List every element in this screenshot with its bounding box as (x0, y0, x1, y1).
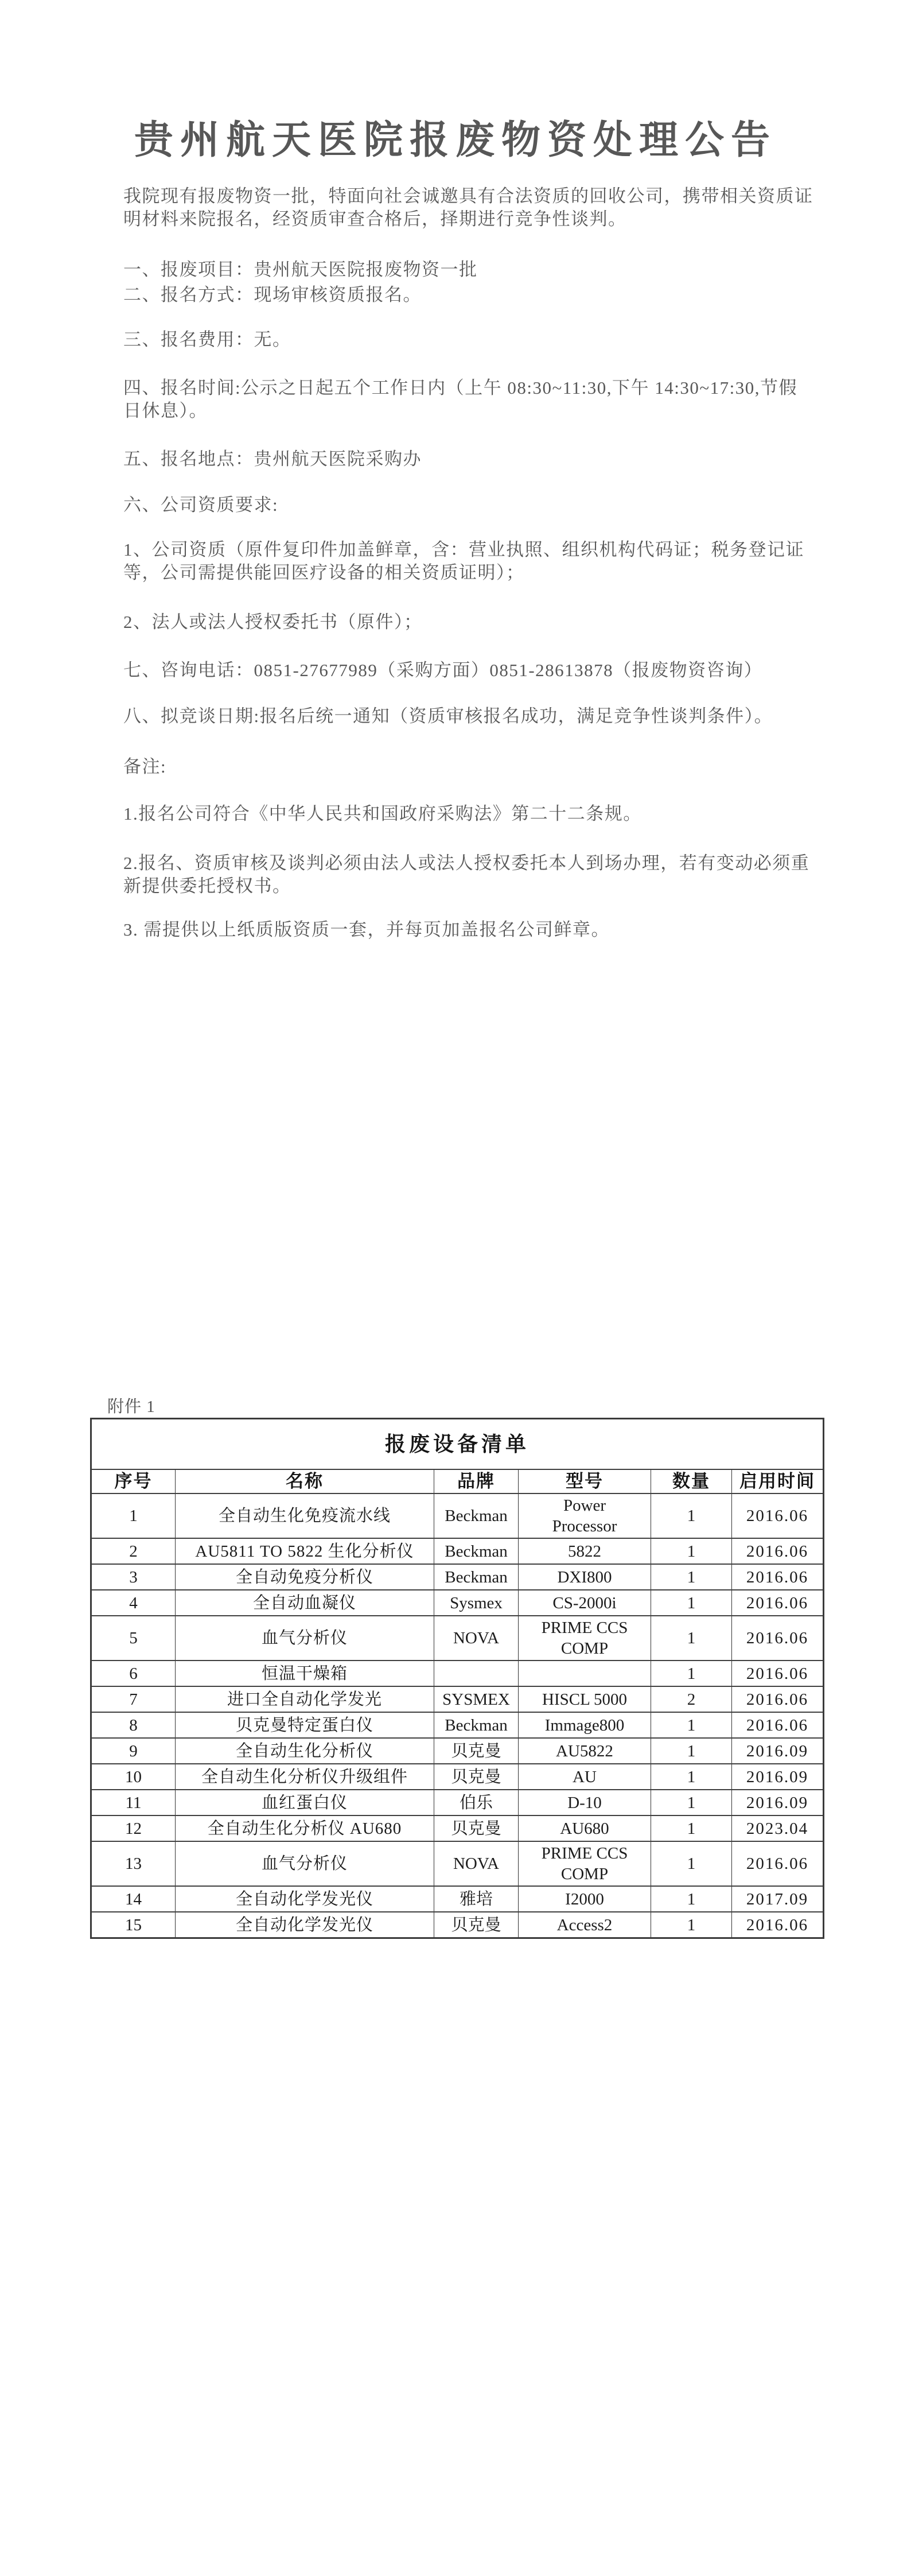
cell-brand: 贝克曼 (434, 1738, 519, 1764)
page-title: 贵州航天医院报废物资处理公告 (0, 0, 911, 163)
cell-no: 6 (91, 1661, 176, 1686)
item-8: 八、拟竞谈日期:报名后统一通知（资质审核报名成功，满足竞争性谈判条件）。 (123, 704, 813, 729)
table-title: 报废设备清单 (91, 1419, 824, 1470)
cell-brand (434, 1661, 519, 1686)
cell-name: AU5811 TO 5822 生化分析仪 (176, 1538, 434, 1564)
cell-qty: 1 (651, 1790, 732, 1815)
cell-model: D-10 (519, 1790, 651, 1815)
cell-model: CS-2000i (519, 1590, 651, 1616)
cell-qty: 1 (651, 1738, 732, 1764)
cell-model: PRIME CCSCOMP (519, 1841, 651, 1886)
cell-brand: Sysmex (434, 1590, 519, 1616)
cell-date: 2016.06 (732, 1841, 824, 1886)
cell-date: 2016.09 (732, 1790, 824, 1815)
cell-no: 4 (91, 1590, 176, 1616)
cell-brand: NOVA (434, 1841, 519, 1886)
cell-brand: Beckman (434, 1564, 519, 1590)
cell-name: 血红蛋白仪 (176, 1790, 434, 1815)
cell-brand: Beckman (434, 1493, 519, 1538)
cell-date: 2017.09 (732, 1886, 824, 1912)
remark-2: 2.报名、资质审核及谈判必须由法人或法人授权委托本人到场办理，若有变动必须重新提… (123, 852, 813, 898)
cell-qty: 1 (651, 1912, 732, 1938)
cell-name: 贝克曼特定蛋白仪 (176, 1712, 434, 1738)
table-row: 4全自动血凝仪SysmexCS-2000i12016.06 (91, 1590, 824, 1616)
remark-3: 3. 需提供以上纸质版资质一套，并每页加盖报名公司鲜章。 (123, 917, 813, 942)
cell-brand: 雅培 (434, 1886, 519, 1912)
cell-name: 血气分析仪 (176, 1616, 434, 1661)
cell-qty: 1 (651, 1564, 732, 1590)
cell-model: AU5822 (519, 1738, 651, 1764)
cell-no: 14 (91, 1886, 176, 1912)
item-3: 三、报名费用：无。 (123, 327, 813, 352)
cell-brand: Beckman (434, 1538, 519, 1564)
cell-no: 7 (91, 1686, 176, 1712)
cell-name: 全自动血凝仪 (176, 1590, 434, 1616)
cell-date: 2016.06 (732, 1712, 824, 1738)
cell-model: Immage800 (519, 1712, 651, 1738)
cell-qty: 1 (651, 1886, 732, 1912)
cell-model: 5822 (519, 1538, 651, 1564)
table-header-row: 序号名称品牌型号数量启用时间 (91, 1469, 824, 1493)
cell-date: 2016.06 (732, 1590, 824, 1616)
attachment-label: 附件 1 (107, 1398, 911, 1415)
cell-qty: 1 (651, 1590, 732, 1616)
cell-date: 2016.06 (732, 1493, 824, 1538)
table-row: 7进口全自动化学发光SYSMEXHISCL 500022016.06 (91, 1686, 824, 1712)
table-row: 8贝克曼特定蛋白仪BeckmanImmage80012016.06 (91, 1712, 824, 1738)
table-row: 13血气分析仪NOVAPRIME CCSCOMP12016.06 (91, 1841, 824, 1886)
cell-date: 2016.09 (732, 1764, 824, 1790)
cell-name: 全自动生化免疫流水线 (176, 1493, 434, 1538)
cell-qty: 1 (651, 1841, 732, 1886)
cell-no: 5 (91, 1616, 176, 1661)
cell-date: 2016.06 (732, 1661, 824, 1686)
item-4: 四、报名时间:公示之日起五个工作日内（上午 08:30~11:30,下午 14:… (123, 377, 813, 422)
header-brand: 品牌 (434, 1469, 519, 1493)
cell-no: 12 (91, 1815, 176, 1841)
cell-qty: 1 (651, 1815, 732, 1841)
cell-brand: 贝克曼 (434, 1764, 519, 1790)
cell-model: Access2 (519, 1912, 651, 1938)
table-row: 15全自动化学发光仪贝克曼Access212016.06 (91, 1912, 824, 1938)
cell-qty: 1 (651, 1616, 732, 1661)
cell-qty: 1 (651, 1712, 732, 1738)
item-6-sub-1: 1、公司资质（原件复印件加盖鲜章，含：营业执照、组织机构代码证；税务登记证等，公… (123, 538, 813, 584)
cell-no: 2 (91, 1538, 176, 1564)
cell-no: 15 (91, 1912, 176, 1938)
cell-no: 11 (91, 1790, 176, 1815)
header-date: 启用时间 (732, 1469, 824, 1493)
cell-name: 全自动免疫分析仪 (176, 1564, 434, 1590)
item-1: 一、报废项目：贵州航天医院报废物资一批 (123, 257, 813, 282)
cell-name: 全自动化学发光仪 (176, 1912, 434, 1938)
cell-date: 2016.09 (732, 1738, 824, 1764)
cell-name: 全自动生化分析仪 AU680 (176, 1815, 434, 1841)
item-6-sub-2: 2、法人或法人授权委托书（原件）； (123, 610, 813, 635)
cell-date: 2016.06 (732, 1564, 824, 1590)
table-row: 11血红蛋白仪伯乐D-1012016.09 (91, 1790, 824, 1815)
cell-brand: 贝克曼 (434, 1912, 519, 1938)
cell-brand: 贝克曼 (434, 1815, 519, 1841)
table-row: 10全自动生化分析仪升级组件贝克曼AU12016.09 (91, 1764, 824, 1790)
item-2: 二、报名方式：现场审核资质报名。 (123, 282, 813, 308)
cell-date: 2016.06 (732, 1538, 824, 1564)
cell-name: 恒温干燥箱 (176, 1661, 434, 1686)
cell-model: PowerProcessor (519, 1493, 651, 1538)
table-title-row: 报废设备清单 (91, 1419, 824, 1470)
item-5: 五、报名地点：贵州航天医院采购办 (123, 447, 813, 472)
cell-model: I2000 (519, 1886, 651, 1912)
cell-name: 全自动生化分析仪升级组件 (176, 1764, 434, 1790)
table-row: 5血气分析仪NOVAPRIME CCSCOMP12016.06 (91, 1616, 824, 1661)
cell-qty: 1 (651, 1764, 732, 1790)
bottom-blank-area (0, 1939, 911, 1939)
cell-no: 10 (91, 1764, 176, 1790)
cell-date: 2016.06 (732, 1616, 824, 1661)
cell-brand: SYSMEX (434, 1686, 519, 1712)
cell-model: DXI800 (519, 1564, 651, 1590)
cell-model: PRIME CCSCOMP (519, 1616, 651, 1661)
document-page: 贵州航天医院报废物资处理公告 我院现有报废物资一批，特面向社会诚邀具有合法资质的… (0, 0, 911, 2576)
cell-name: 进口全自动化学发光 (176, 1686, 434, 1712)
item-7: 七、咨询电话：0851-27677989（采购方面）0851-28613878（… (123, 658, 813, 683)
cell-name: 全自动化学发光仪 (176, 1886, 434, 1912)
cell-no: 1 (91, 1493, 176, 1538)
cell-date: 2016.06 (732, 1912, 824, 1938)
cell-brand: 伯乐 (434, 1790, 519, 1815)
cell-no: 3 (91, 1564, 176, 1590)
scrap-equipment-table: 报废设备清单 序号名称品牌型号数量启用时间 1全自动生化免疫流水线Beckman… (90, 1418, 824, 1939)
table-row: 1全自动生化免疫流水线BeckmanPowerProcessor12016.06 (91, 1493, 824, 1538)
header-model: 型号 (519, 1469, 651, 1493)
remark-1: 1.报名公司符合《中华人民共和国政府采购法》第二十二条规。 (123, 801, 813, 827)
cell-date: 2023.04 (732, 1815, 824, 1841)
table-row: 6恒温干燥箱12016.06 (91, 1661, 824, 1686)
table-row: 14全自动化学发光仪雅培I200012017.09 (91, 1886, 824, 1912)
intro-paragraph: 我院现有报废物资一批，特面向社会诚邀具有合法资质的回收公司，携带相关资质证明材料… (123, 185, 813, 231)
cell-qty: 1 (651, 1538, 732, 1564)
remarks-label: 备注: (123, 754, 813, 779)
cell-no: 8 (91, 1712, 176, 1738)
header-no: 序号 (91, 1469, 176, 1493)
cell-date: 2016.06 (732, 1686, 824, 1712)
table-row: 12全自动生化分析仪 AU680贝克曼AU68012023.04 (91, 1815, 824, 1841)
table-row: 9全自动生化分析仪贝克曼AU582212016.09 (91, 1738, 824, 1764)
header-qty: 数量 (651, 1469, 732, 1493)
header-name: 名称 (176, 1469, 434, 1493)
cell-qty: 1 (651, 1661, 732, 1686)
cell-model: AU680 (519, 1815, 651, 1841)
table-row: 3全自动免疫分析仪BeckmanDXI80012016.06 (91, 1564, 824, 1590)
cell-no: 9 (91, 1738, 176, 1764)
cell-model: AU (519, 1764, 651, 1790)
item-6: 六、公司资质要求: (123, 492, 813, 518)
cell-name: 全自动生化分析仪 (176, 1738, 434, 1764)
cell-no: 13 (91, 1841, 176, 1886)
cell-brand: Beckman (434, 1712, 519, 1738)
cell-model (519, 1661, 651, 1686)
announcement-body: 我院现有报废物资一批，特面向社会诚邀具有合法资质的回收公司，携带相关资质证明材料… (123, 185, 813, 942)
cell-qty: 2 (651, 1686, 732, 1712)
table-row: 2AU5811 TO 5822 生化分析仪Beckman582212016.06 (91, 1538, 824, 1564)
cell-model: HISCL 5000 (519, 1686, 651, 1712)
cell-qty: 1 (651, 1493, 732, 1538)
cell-name: 血气分析仪 (176, 1841, 434, 1886)
equipment-table-body: 报废设备清单 序号名称品牌型号数量启用时间 1全自动生化免疫流水线Beckman… (91, 1419, 824, 1938)
cell-brand: NOVA (434, 1616, 519, 1661)
